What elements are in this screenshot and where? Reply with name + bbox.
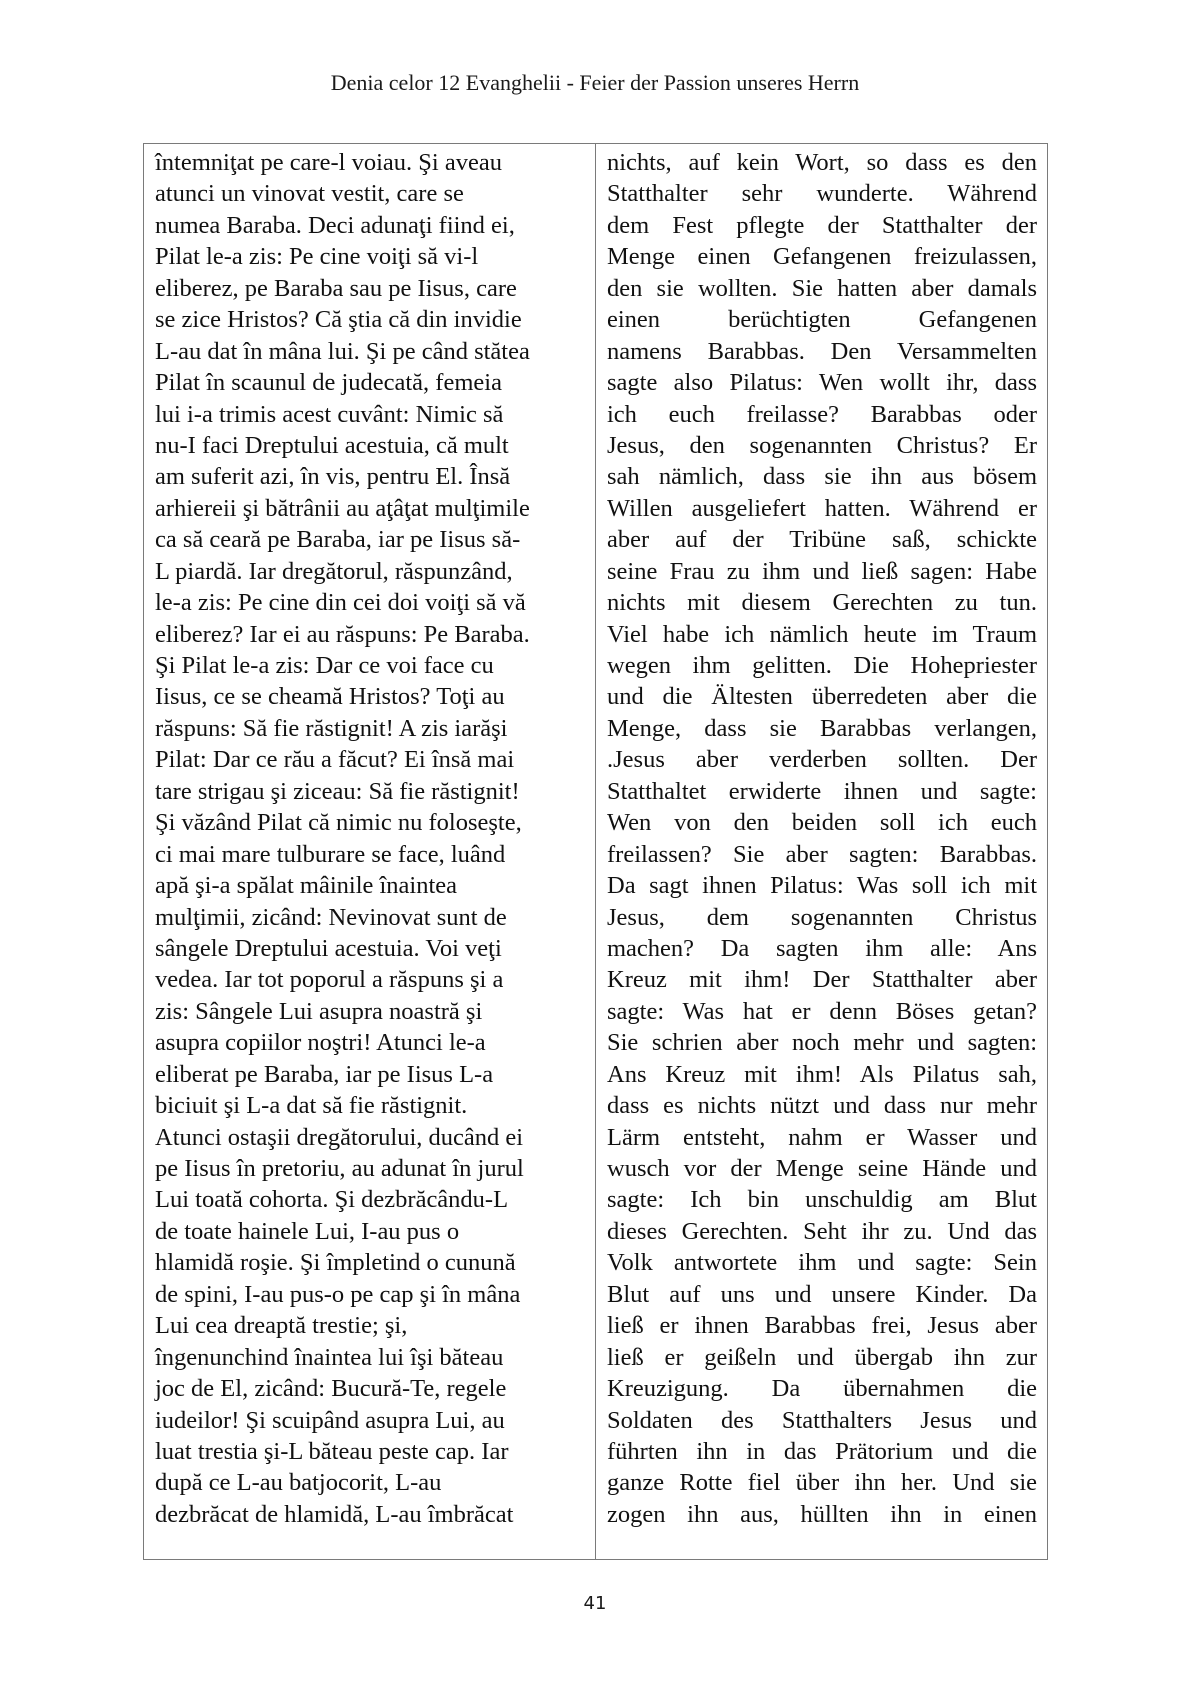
romanian-text-line: de spini, I-au pus-o pe cap şi în mâna	[155, 1279, 589, 1310]
romanian-text-line: joc de El, zicând: Bucură-Te, regele	[155, 1373, 589, 1404]
romanian-text-line: se zice Hristos? Că ştia că din invidie	[155, 304, 589, 335]
romanian-text-line: L-au dat în mâna lui. Şi pe când stătea	[155, 336, 589, 367]
german-text-line: namens Barabbas. Den Versammelten	[607, 336, 1037, 367]
german-text-line: sah nämlich, dass sie ihn aus bösem	[607, 461, 1037, 492]
german-text-line: Sie schrien aber noch mehr und sagten:	[607, 1027, 1037, 1058]
german-text-line: Blut auf uns und unsere Kinder. Da	[607, 1279, 1037, 1310]
romanian-text-line: eliberez, pe Baraba sau pe Iisus, care	[155, 273, 589, 304]
romanian-text-line: nu-I faci Dreptului acestuia, că mult	[155, 430, 589, 461]
german-text-line: Kreuz mit ihm! Der Statthalter aber	[607, 964, 1037, 995]
romanian-text-line: atunci un vinovat vestit, care se	[155, 178, 589, 209]
romanian-text-line: eliberez? Iar ei au răspuns: Pe Baraba.	[155, 619, 589, 650]
romanian-text-line: Iisus, ce se cheamă Hristos? Toţi au	[155, 681, 589, 712]
german-text-line: nichts mit diesem Gerechten zu tun.	[607, 587, 1037, 618]
romanian-text-line: Pilat le-a zis: Pe cine voiţi să vi-l	[155, 241, 589, 272]
german-text-line: sagte: Was hat er denn Böses getan?	[607, 996, 1037, 1027]
romanian-text-line: dezbrăcat de hlamidă, L-au îmbrăcat	[155, 1499, 589, 1530]
romanian-text-line: Şi văzând Pilat că nimic nu foloseşte,	[155, 807, 589, 838]
german-text-line: Volk antwortete ihm und sagte: Sein	[607, 1247, 1037, 1278]
romanian-text-line: Atunci ostaşii dregătorului, ducând ei	[155, 1122, 589, 1153]
romanian-text-line: apă şi-a spălat mâinile înaintea	[155, 870, 589, 901]
german-text-line: Jesus, den sogenannten Christus? Er	[607, 430, 1037, 461]
german-text-line: und die Ältesten überredeten aber die	[607, 681, 1037, 712]
german-text-line: Wen von den beiden soll ich euch	[607, 807, 1037, 838]
german-text-line: dieses Gerechten. Seht ihr zu. Und das	[607, 1216, 1037, 1247]
romanian-text-line: biciuit şi L-a dat să fie răstignit.	[155, 1090, 589, 1121]
page-header-title: Denia celor 12 Evanghelii - Feier der Pa…	[0, 70, 1190, 96]
romanian-text-line: Pilat în scaunul de judecată, femeia	[155, 367, 589, 398]
german-text-line: nichts, auf kein Wort, so dass es den	[607, 147, 1037, 178]
romanian-text-line: răspuns: Să fie răstignit! A zis iarăşi	[155, 713, 589, 744]
german-text-line: Kreuzigung. Da übernahmen die	[607, 1373, 1037, 1404]
german-text-line: ließ er geißeln und übergab ihn zur	[607, 1342, 1037, 1373]
german-text-column: nichts, auf kein Wort, so dass es denSta…	[596, 144, 1047, 1559]
romanian-text-line: întemniţat pe care-l voiau. Şi aveau	[155, 147, 589, 178]
german-text-line: ich euch freilasse? Barabbas oder	[607, 399, 1037, 430]
german-text-line: Statthalter sehr wunderte. Während	[607, 178, 1037, 209]
romanian-text-line: luat trestia şi-L băteau peste cap. Iar	[155, 1436, 589, 1467]
german-text-line: machen? Da sagten ihm alle: Ans	[607, 933, 1037, 964]
romanian-text-line: îngenunchind înaintea lui îşi băteau	[155, 1342, 589, 1373]
german-text-line: freilassen? Sie aber sagten: Barabbas.	[607, 839, 1037, 870]
german-text-line: wegen ihm gelitten. Die Hohepriester	[607, 650, 1037, 681]
german-text-line: dem Fest pflegte der Statthalter der	[607, 210, 1037, 241]
german-text-line: ließ er ihnen Barabbas frei, Jesus aber	[607, 1310, 1037, 1341]
german-text-line: Da sagt ihnen Pilatus: Was soll ich mit	[607, 870, 1037, 901]
german-text-line: sagte: Ich bin unschuldig am Blut	[607, 1184, 1037, 1215]
parallel-text-table: întemniţat pe care-l voiau. Şi aveauatun…	[143, 143, 1048, 1560]
romanian-text-line: arhiereii şi bătrânii au aţâţat mulţimil…	[155, 493, 589, 524]
romanian-text-line: ci mai mare tulburare se face, luând	[155, 839, 589, 870]
german-text-line: Viel habe ich nämlich heute im Traum	[607, 619, 1037, 650]
romanian-text-line: ca să ceară pe Baraba, iar pe Iisus să-	[155, 524, 589, 555]
romanian-text-line: iudeilor! Şi scuipând asupra Lui, au	[155, 1405, 589, 1436]
romanian-text-line: mulţimii, zicând: Nevinovat sunt de	[155, 902, 589, 933]
romanian-text-line: de toate hainele Lui, I-au pus o	[155, 1216, 589, 1247]
romanian-text-line: lui i-a trimis acest cuvânt: Nimic să	[155, 399, 589, 430]
romanian-text-line: tare strigau şi ziceau: Să fie răstignit…	[155, 776, 589, 807]
romanian-text-line: vedea. Iar tot poporul a răspuns şi a	[155, 964, 589, 995]
page-number: 41	[0, 1593, 1190, 1614]
german-text-line: Ans Kreuz mit ihm! Als Pilatus sah,	[607, 1059, 1037, 1090]
romanian-text-line: sângele Dreptului acestuia. Voi veţi	[155, 933, 589, 964]
german-text-line: .Jesus aber verderben sollten. Der	[607, 744, 1037, 775]
german-text-line: einen berüchtigten Gefangenen	[607, 304, 1037, 335]
romanian-text-line: asupra copiilor noştri! Atunci le-a	[155, 1027, 589, 1058]
german-text-line: aber auf der Tribüne saß, schickte	[607, 524, 1037, 555]
romanian-text-line: zis: Sângele Lui asupra noastră şi	[155, 996, 589, 1027]
romanian-text-line: am suferit azi, în vis, pentru El. Însă	[155, 461, 589, 492]
romanian-text-line: eliberat pe Baraba, iar pe Iisus L-a	[155, 1059, 589, 1090]
german-text-line: dass es nichts nützt und dass nur mehr	[607, 1090, 1037, 1121]
romanian-text-line: L piardă. Iar dregătorul, răspunzând,	[155, 556, 589, 587]
romanian-text-line: pe Iisus în pretoriu, au adunat în jurul	[155, 1153, 589, 1184]
romanian-text-line: numea Baraba. Deci adunaţi fiind ei,	[155, 210, 589, 241]
german-text-line: seine Frau zu ihm und ließ sagen: Habe	[607, 556, 1037, 587]
romanian-text-line: Lui cea dreaptă trestie; şi,	[155, 1310, 589, 1341]
romanian-text-line: le-a zis: Pe cine din cei doi voiţi să v…	[155, 587, 589, 618]
german-text-line: Soldaten des Statthalters Jesus und	[607, 1405, 1037, 1436]
german-text-line: ganze Rotte fiel über ihn her. Und sie	[607, 1467, 1037, 1498]
romanian-text-line: după ce L-au batjocorit, L-au	[155, 1467, 589, 1498]
german-text-line: wusch vor der Menge seine Hände und	[607, 1153, 1037, 1184]
german-text-line: Willen ausgeliefert hatten. Während er	[607, 493, 1037, 524]
german-text-line: führten ihn in das Prätorium und die	[607, 1436, 1037, 1467]
german-text-line: sagte also Pilatus: Wen wollt ihr, dass	[607, 367, 1037, 398]
romanian-text-line: Lui toată cohorta. Şi dezbrăcându-L	[155, 1184, 589, 1215]
german-text-line: Menge einen Gefangenen freizulassen,	[607, 241, 1037, 272]
romanian-text-line: hlamidă roşie. Şi împletind o cunună	[155, 1247, 589, 1278]
german-text-line: Jesus, dem sogenannten Christus	[607, 902, 1037, 933]
romanian-text-line: Şi Pilat le-a zis: Dar ce voi face cu	[155, 650, 589, 681]
romanian-text-column: întemniţat pe care-l voiau. Şi aveauatun…	[144, 144, 596, 1559]
romanian-text-line: Pilat: Dar ce rău a făcut? Ei însă mai	[155, 744, 589, 775]
german-text-line: zogen ihn aus, hüllten ihn in einen	[607, 1499, 1037, 1530]
german-text-line: Statthaltet erwiderte ihnen und sagte:	[607, 776, 1037, 807]
german-text-line: Lärm entsteht, nahm er Wasser und	[607, 1122, 1037, 1153]
german-text-line: Menge, dass sie Barabbas verlangen,	[607, 713, 1037, 744]
german-text-line: den sie wollten. Sie hatten aber damals	[607, 273, 1037, 304]
